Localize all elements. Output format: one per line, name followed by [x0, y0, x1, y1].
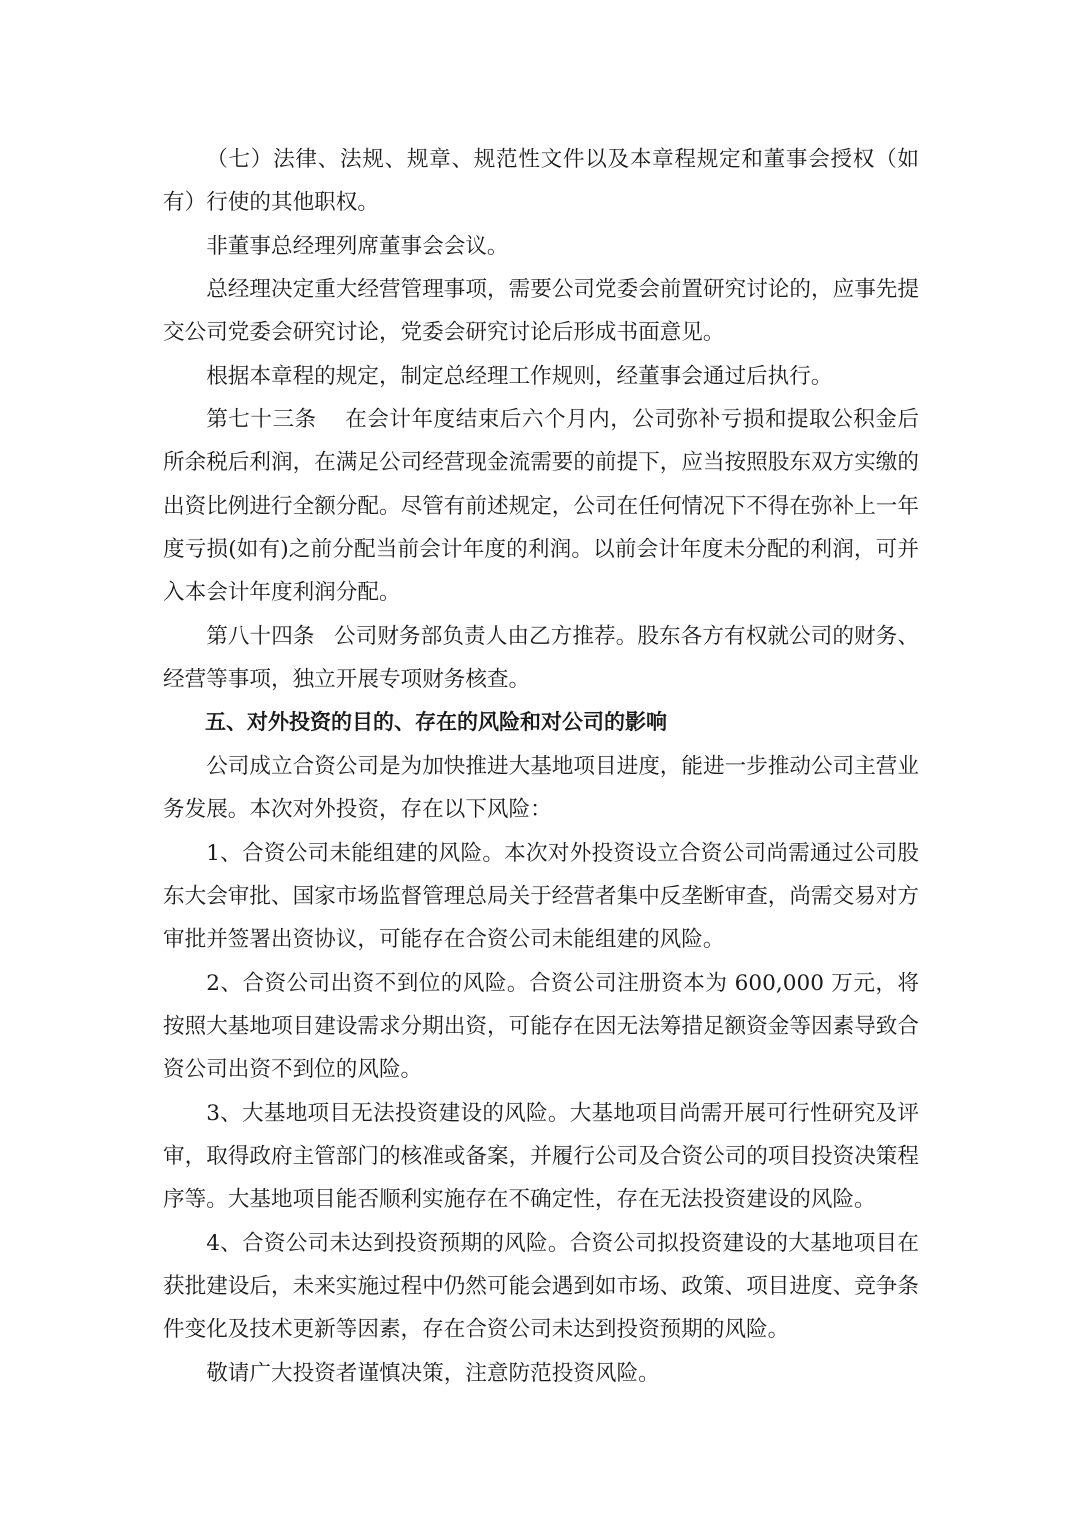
- article-label: 第八十四条: [206, 624, 314, 649]
- paragraph-investment-purpose: 公司成立合资公司是为加快推进大基地项目进度，能进一步推动公司主营业务发展。本次对…: [163, 745, 919, 832]
- article-84: 第八十四条公司财务部负责人由乙方推荐。股东各方有权就公司的财务、经营等事项，独立…: [163, 615, 919, 702]
- section-heading: 五、对外投资的目的、存在的风险和对公司的影响: [163, 701, 919, 744]
- risk-item-3: 3、大基地项目无法投资建设的风险。大基地项目尚需开展可行性研究及评审，取得政府主…: [163, 1092, 919, 1222]
- article-73: 第七十三条在会计年度结束后六个月内，公司弥补亏损和提取公积金后所余税后利润，在满…: [163, 398, 919, 615]
- paragraph-investor-caution: 敬请广大投资者谨慎决策，注意防范投资风险。: [163, 1352, 919, 1395]
- paragraph-gm-work-rules: 根据本章程的规定，制定总经理工作规则，经董事会通过后执行。: [163, 355, 919, 398]
- paragraph-other-powers: （七）法律、法规、规章、规范性文件以及本章程规定和董事会授权（如有）行使的其他职…: [163, 138, 919, 225]
- risk-item-4: 4、合资公司未达到投资预期的风险。合资公司拟投资建设的大基地项目在获批建设后，未…: [163, 1222, 919, 1352]
- article-body: 在会计年度结束后六个月内，公司弥补亏损和提取公积金后所余税后利润，在满足公司经营…: [163, 407, 919, 605]
- risk-item-2: 2、合资公司出资不到位的风险。合资公司注册资本为 600,000 万元，将按照大…: [163, 962, 919, 1092]
- risk-item-1: 1、合资公司未能组建的风险。本次对外投资设立合资公司尚需通过公司股东大会审批、国…: [163, 832, 919, 962]
- document-page: （七）法律、法规、规章、规范性文件以及本章程规定和董事会授权（如有）行使的其他职…: [163, 138, 919, 1395]
- paragraph-gm-attends-board: 非董事总经理列席董事会会议。: [163, 225, 919, 268]
- article-label: 第七十三条: [206, 407, 316, 432]
- paragraph-party-committee-review: 总经理决定重大经营管理事项，需要公司党委会前置研究讨论的，应事先提交公司党委会研…: [163, 268, 919, 355]
